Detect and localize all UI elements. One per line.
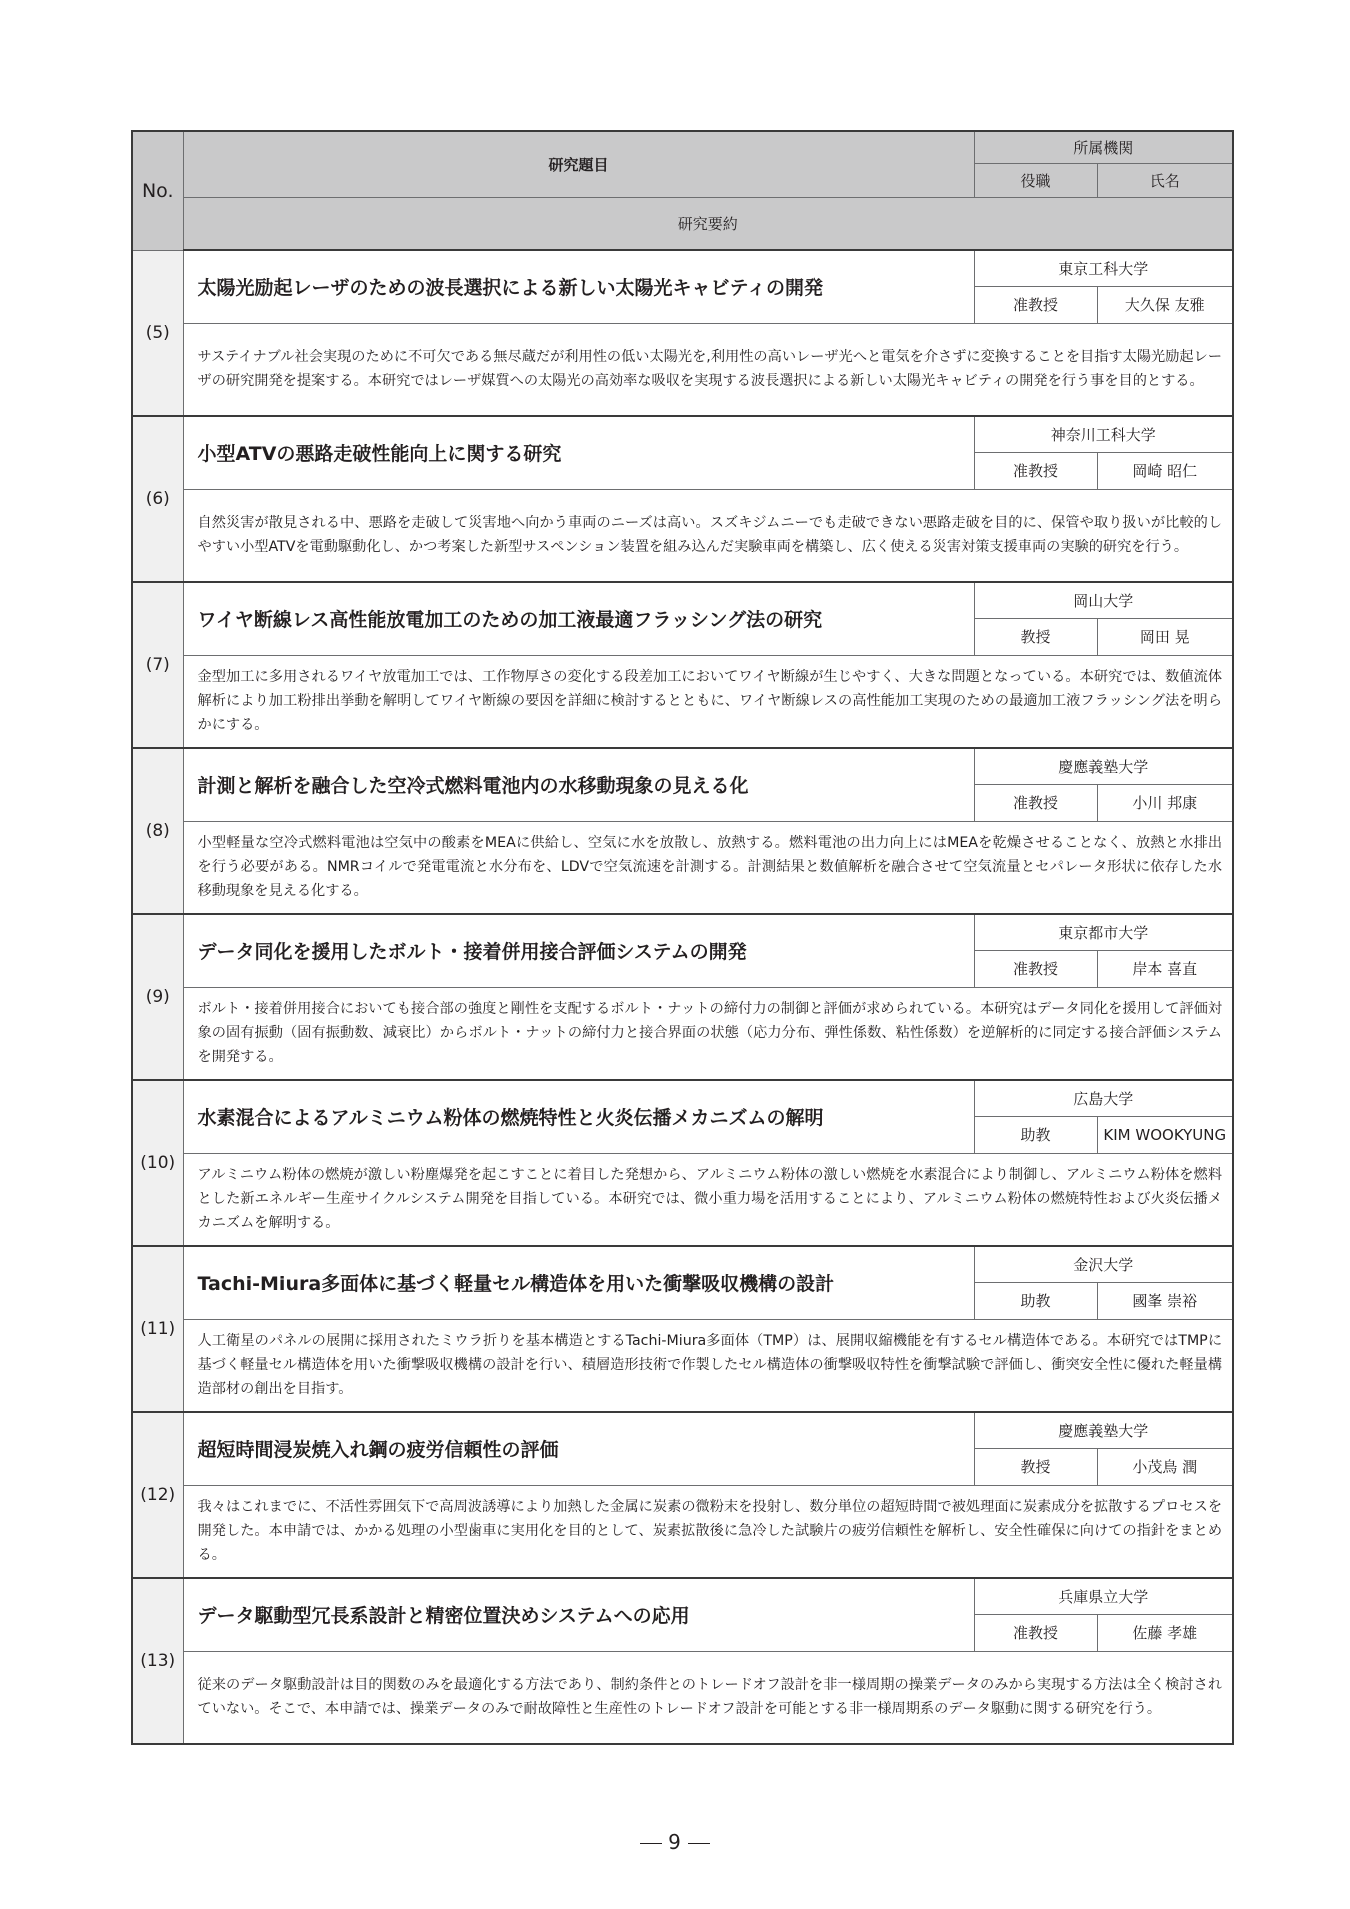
header-row-1: No. 研究題目 所属機関 <box>132 131 1233 163</box>
record-row-abstract: ボルト・接着併用接合においても接合部の強度と剛性を支配するボルト・ナットの締付力… <box>132 987 1233 1080</box>
record-abstract: 人工衛星のパネルの展開に採用されたミウラ折りを基本構造とするTachi-Miur… <box>183 1319 1233 1412</box>
record-row-top: (12)超短時間浸炭焼入れ鋼の疲労信頼性の評価慶應義塾大学 <box>132 1412 1233 1448</box>
record-row-top: (9)データ同化を援用したボルト・接着併用接合評価システムの開発東京都市大学 <box>132 914 1233 950</box>
record-row-abstract: 従来のデータ駆動設計は目的関数のみを最適化する方法であり、制約条件とのトレードオ… <box>132 1651 1233 1744</box>
record-position: 教授 <box>974 1448 1097 1485</box>
record-abstract: サステイナブル社会実現のために不可欠である無尽蔵だが利用性の低い太陽光を,利用性… <box>183 323 1233 416</box>
record-row-abstract: 金型加工に多用されるワイヤ放電加工では、工作物厚さの変化する段差加工においてワイ… <box>132 655 1233 748</box>
record-row-top: (7)ワイヤ断線レス高性能放電加工のための加工液最適フラッシング法の研究岡山大学 <box>132 582 1233 618</box>
record-title: 水素混合によるアルミニウム粉体の燃焼特性と火炎伝播メカニズムの解明 <box>183 1080 974 1153</box>
record-name: 小茂鳥 潤 <box>1097 1448 1233 1485</box>
record-title: 計測と解析を融合した空冷式燃料電池内の水移動現象の見える化 <box>183 748 974 821</box>
record-affiliation: 東京都市大学 <box>974 914 1233 950</box>
record-title: 小型ATVの悪路走破性能向上に関する研究 <box>183 416 974 489</box>
record-affiliation: 慶應義塾大学 <box>974 748 1233 784</box>
record-row-abstract: アルミニウム粉体の燃焼が激しい粉塵爆発を起こすことに着目した発想から、アルミニウ… <box>132 1153 1233 1246</box>
record-name: KIM WOOKYUNG <box>1097 1116 1233 1153</box>
header-row-3: 研究要約 <box>132 197 1233 250</box>
record-affiliation: 岡山大学 <box>974 582 1233 618</box>
record-title: 超短時間浸炭焼入れ鋼の疲労信頼性の評価 <box>183 1412 974 1485</box>
record-row-abstract: 自然災害が散見される中、悪路を走破して災害地へ向かう車両のニーズは高い。スズキジ… <box>132 489 1233 582</box>
record-title: データ同化を援用したボルト・接着併用接合評価システムの開発 <box>183 914 974 987</box>
record-no: (9) <box>132 914 183 1080</box>
record-row-abstract: 小型軽量な空冷式燃料電池は空気中の酸素をMEAに供給し、空気に水を放散し、放熱す… <box>132 821 1233 914</box>
header-affiliation: 所属機関 <box>974 131 1233 163</box>
header-name: 氏名 <box>1097 163 1233 197</box>
record-name: 岡田 晃 <box>1097 618 1233 655</box>
record-row-abstract: 我々はこれまでに、不活性雰囲気下で高周波誘導により加熱した金属に炭素の微粉末を投… <box>132 1485 1233 1578</box>
record-no: (13) <box>132 1578 183 1744</box>
record-abstract: 従来のデータ駆動設計は目的関数のみを最適化する方法であり、制約条件とのトレードオ… <box>183 1651 1233 1744</box>
record-abstract: アルミニウム粉体の燃焼が激しい粉塵爆発を起こすことに着目した発想から、アルミニウ… <box>183 1153 1233 1246</box>
header-title: 研究題目 <box>183 131 974 197</box>
record-row-abstract: サステイナブル社会実現のために不可欠である無尽蔵だが利用性の低い太陽光を,利用性… <box>132 323 1233 416</box>
record-affiliation: 兵庫県立大学 <box>974 1578 1233 1614</box>
header-no: No. <box>132 131 183 250</box>
record-row-top: (13)データ駆動型冗長系設計と精密位置決めシステムへの応用兵庫県立大学 <box>132 1578 1233 1614</box>
record-abstract: 小型軽量な空冷式燃料電池は空気中の酸素をMEAに供給し、空気に水を放散し、放熱す… <box>183 821 1233 914</box>
record-name: 佐藤 孝雄 <box>1097 1614 1233 1651</box>
record-position: 教授 <box>974 618 1097 655</box>
record-no: (11) <box>132 1246 183 1412</box>
record-row-top: (8)計測と解析を融合した空冷式燃料電池内の水移動現象の見える化慶應義塾大学 <box>132 748 1233 784</box>
record-row-abstract: 人工衛星のパネルの展開に採用されたミウラ折りを基本構造とするTachi-Miur… <box>132 1319 1233 1412</box>
record-affiliation: 慶應義塾大学 <box>974 1412 1233 1448</box>
research-table: No. 研究題目 所属機関 役職 氏名 研究要約 (5)太陽光励起レーザのための… <box>131 130 1234 1745</box>
header-abstract: 研究要約 <box>183 197 1233 250</box>
record-no: (10) <box>132 1080 183 1246</box>
header-position: 役職 <box>974 163 1097 197</box>
record-affiliation: 神奈川工科大学 <box>974 416 1233 452</box>
record-row-top: (5)太陽光励起レーザのための波長選択による新しい太陽光キャビティの開発東京工科… <box>132 250 1233 286</box>
record-no: (8) <box>132 748 183 914</box>
dash-right <box>688 1843 710 1844</box>
record-position: 准教授 <box>974 452 1097 489</box>
record-affiliation: 金沢大学 <box>974 1246 1233 1282</box>
record-position: 准教授 <box>974 1614 1097 1651</box>
record-position: 准教授 <box>974 784 1097 821</box>
record-name: 國峯 崇裕 <box>1097 1282 1233 1319</box>
record-position: 准教授 <box>974 286 1097 323</box>
record-abstract: ボルト・接着併用接合においても接合部の強度と剛性を支配するボルト・ナットの締付力… <box>183 987 1233 1080</box>
record-no: (12) <box>132 1412 183 1578</box>
record-row-top: (11)Tachi-Miura多面体に基づく軽量セル構造体を用いた衝撃吸収機構の… <box>132 1246 1233 1282</box>
record-affiliation: 広島大学 <box>974 1080 1233 1116</box>
record-no: (6) <box>132 416 183 582</box>
table-body: No. 研究題目 所属機関 役職 氏名 研究要約 (5)太陽光励起レーザのための… <box>132 131 1233 1744</box>
record-title: データ駆動型冗長系設計と精密位置決めシステムへの応用 <box>183 1578 974 1651</box>
page-number: 9 <box>0 1830 1350 1854</box>
record-affiliation: 東京工科大学 <box>974 250 1233 286</box>
record-abstract: 我々はこれまでに、不活性雰囲気下で高周波誘導により加熱した金属に炭素の微粉末を投… <box>183 1485 1233 1578</box>
record-position: 助教 <box>974 1116 1097 1153</box>
record-title: 太陽光励起レーザのための波長選択による新しい太陽光キャビティの開発 <box>183 250 974 323</box>
record-name: 大久保 友雅 <box>1097 286 1233 323</box>
record-name: 岡崎 昭仁 <box>1097 452 1233 489</box>
record-abstract: 自然災害が散見される中、悪路を走破して災害地へ向かう車両のニーズは高い。スズキジ… <box>183 489 1233 582</box>
record-row-top: (10)水素混合によるアルミニウム粉体の燃焼特性と火炎伝播メカニズムの解明広島大… <box>132 1080 1233 1116</box>
record-no: (7) <box>132 582 183 748</box>
record-position: 助教 <box>974 1282 1097 1319</box>
record-row-top: (6)小型ATVの悪路走破性能向上に関する研究神奈川工科大学 <box>132 416 1233 452</box>
record-name: 岸本 喜直 <box>1097 950 1233 987</box>
record-title: Tachi-Miura多面体に基づく軽量セル構造体を用いた衝撃吸収機構の設計 <box>183 1246 974 1319</box>
record-position: 准教授 <box>974 950 1097 987</box>
record-abstract: 金型加工に多用されるワイヤ放電加工では、工作物厚さの変化する段差加工においてワイ… <box>183 655 1233 748</box>
dash-left <box>640 1843 662 1844</box>
record-no: (5) <box>132 250 183 416</box>
record-title: ワイヤ断線レス高性能放電加工のための加工液最適フラッシング法の研究 <box>183 582 974 655</box>
record-name: 小川 邦康 <box>1097 784 1233 821</box>
page-number-value: 9 <box>668 1830 682 1854</box>
